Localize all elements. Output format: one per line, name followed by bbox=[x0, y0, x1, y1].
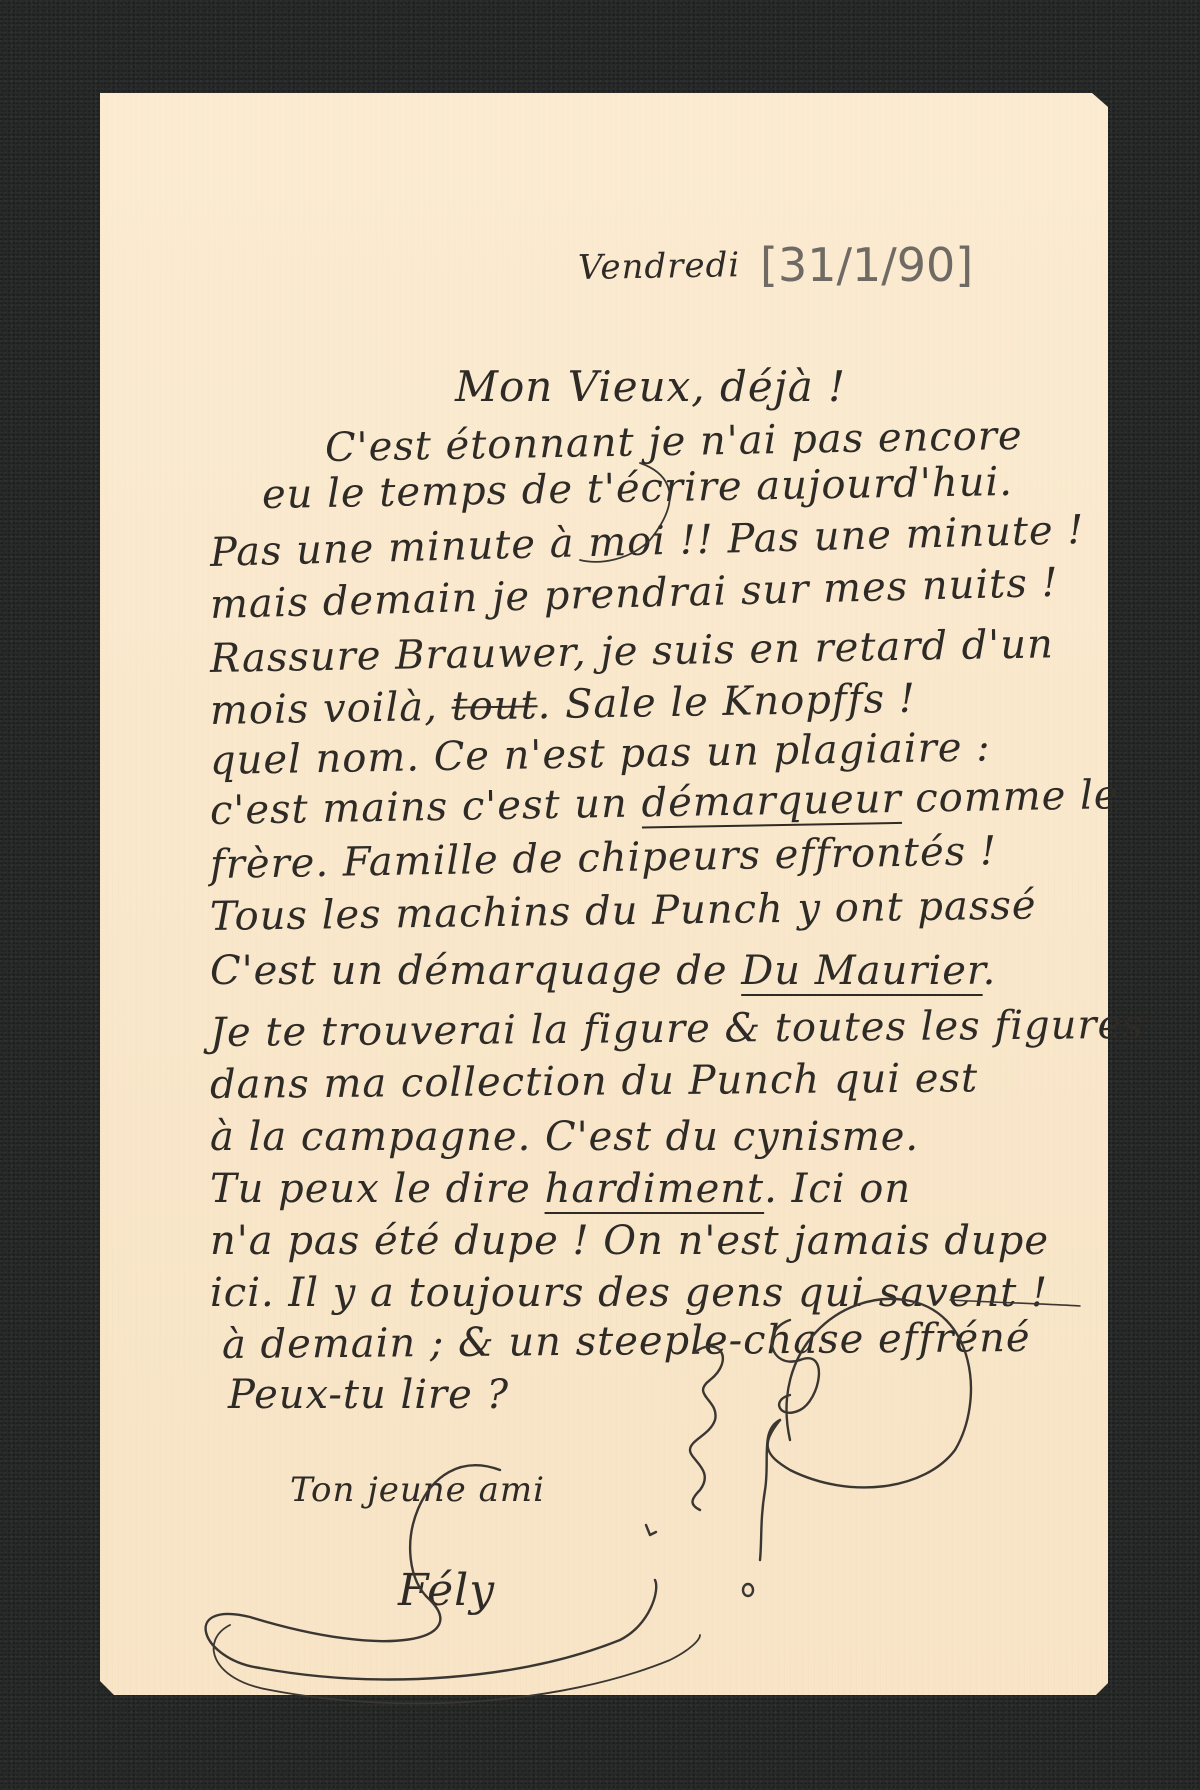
salutation: Mon Vieux, déjà ! bbox=[455, 362, 846, 411]
body-line: ici. Il y a toujours des gens qui savent… bbox=[210, 1270, 1048, 1316]
body-line: Tu peux le dire hardiment. Ici on bbox=[210, 1166, 911, 1212]
closing: Ton jeune ami bbox=[290, 1470, 545, 1510]
signature: Fély bbox=[398, 1565, 495, 1616]
body-line: n'a pas été dupe ! On n'est jamais dupe bbox=[210, 1218, 1049, 1264]
dateline-day: Vendredi bbox=[578, 245, 741, 288]
struck-word: tout bbox=[451, 682, 538, 729]
body-line: Peux-tu lire ? bbox=[228, 1372, 509, 1418]
body-line: à la campagne. C'est du cynisme. bbox=[210, 1114, 919, 1160]
body-line: Je te trouverai la figure & toutes les f… bbox=[210, 1002, 1144, 1056]
dateline-bracketed-date: [31/1/90] bbox=[760, 238, 973, 292]
underlined-word: hardiment bbox=[545, 1166, 765, 1212]
body-line-text: C'est un démarquage de bbox=[210, 948, 741, 994]
body-line-text: Tu peux le dire bbox=[210, 1166, 545, 1212]
body-line: dans ma collection du Punch qui est bbox=[210, 1055, 978, 1108]
underlined-word: Du Maurier bbox=[741, 948, 982, 994]
body-line-text: comme le bbox=[901, 772, 1119, 822]
body-line-text: . bbox=[983, 948, 997, 994]
body-line-text: c'est mains c'est un bbox=[210, 780, 642, 834]
body-line-text: . Sale le Knopffs ! bbox=[537, 676, 916, 729]
underlined-word: démarqueur bbox=[641, 776, 902, 827]
body-line-text: . Ici on bbox=[764, 1166, 911, 1212]
body-line: C'est un démarquage de Du Maurier. bbox=[210, 948, 996, 994]
body-line: à demain ; & un steeple-chase effréné bbox=[222, 1315, 1031, 1368]
body-line-text: mois voilà, bbox=[210, 684, 452, 734]
